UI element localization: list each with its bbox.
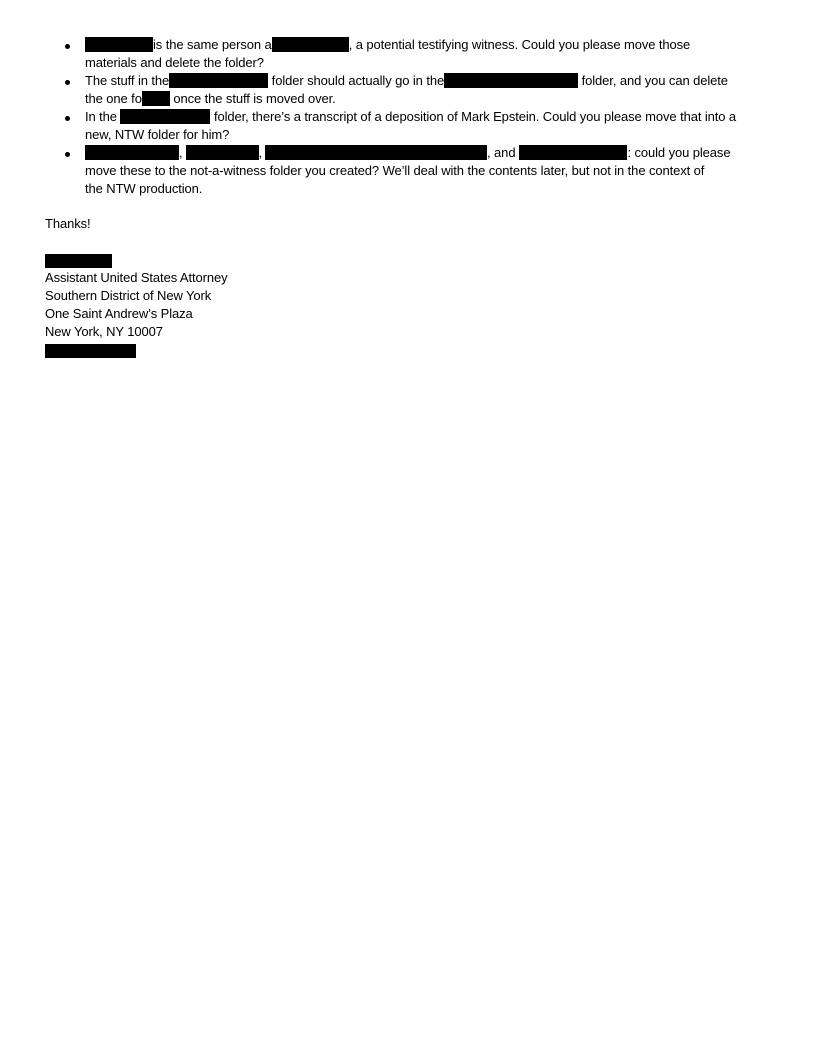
bullet-1-line-2: materials and delete the folder? xyxy=(85,54,264,72)
bullet-2-marker xyxy=(65,80,70,85)
redaction xyxy=(120,109,210,124)
bullet-4-line-1: ,,, and: could you please xyxy=(85,144,730,162)
text: , and xyxy=(487,145,515,160)
signature-address-2: New York, NY 10007 xyxy=(45,323,163,341)
signature-contact-redaction xyxy=(45,344,136,358)
signature-name-redaction xyxy=(45,254,112,268)
bullet-3-marker xyxy=(65,116,70,121)
text: , a potential testifying witness. Could … xyxy=(349,37,691,52)
redaction xyxy=(265,145,487,160)
text: folder, there’s a transcript of a deposi… xyxy=(210,109,736,124)
bullet-4-line-3: the NTW production. xyxy=(85,180,202,198)
text: , xyxy=(259,145,263,160)
text: , xyxy=(179,145,183,160)
text: The stuff in the xyxy=(85,73,169,88)
text: once the stuff is moved over. xyxy=(170,91,336,106)
redaction xyxy=(519,145,627,160)
text: folder should actually go in the xyxy=(268,73,444,88)
redaction xyxy=(272,37,349,52)
text: is the same person a xyxy=(153,37,272,52)
text: : could you please xyxy=(627,145,730,160)
bullet-3-line-1: In the folder, there’s a transcript of a… xyxy=(85,108,736,126)
bullet-1-line-1: is the same person a, a potential testif… xyxy=(85,36,690,54)
bullet-1-marker xyxy=(65,44,70,49)
bullet-4-line-2: move these to the not-a-witness folder y… xyxy=(85,162,704,180)
bullet-3-line-2: new, NTW folder for him? xyxy=(85,126,229,144)
signature-title: Assistant United States Attorney xyxy=(45,269,228,287)
redaction xyxy=(142,91,170,106)
text: folder, and you can delete xyxy=(578,73,728,88)
redaction xyxy=(85,145,179,160)
redaction xyxy=(85,37,153,52)
bullet-2-line-2: the one fo once the stuff is moved over. xyxy=(85,90,336,108)
bullet-4-marker xyxy=(65,152,70,157)
redaction xyxy=(169,73,268,88)
signature-address-1: One Saint Andrew’s Plaza xyxy=(45,305,193,323)
text: the one fo xyxy=(85,91,142,106)
signature-office: Southern District of New York xyxy=(45,287,211,305)
redaction xyxy=(186,145,259,160)
closing: Thanks! xyxy=(45,215,91,233)
text: In the xyxy=(85,109,120,124)
bullet-2-line-1: The stuff in the folder should actually … xyxy=(85,72,728,90)
redaction xyxy=(444,73,578,88)
